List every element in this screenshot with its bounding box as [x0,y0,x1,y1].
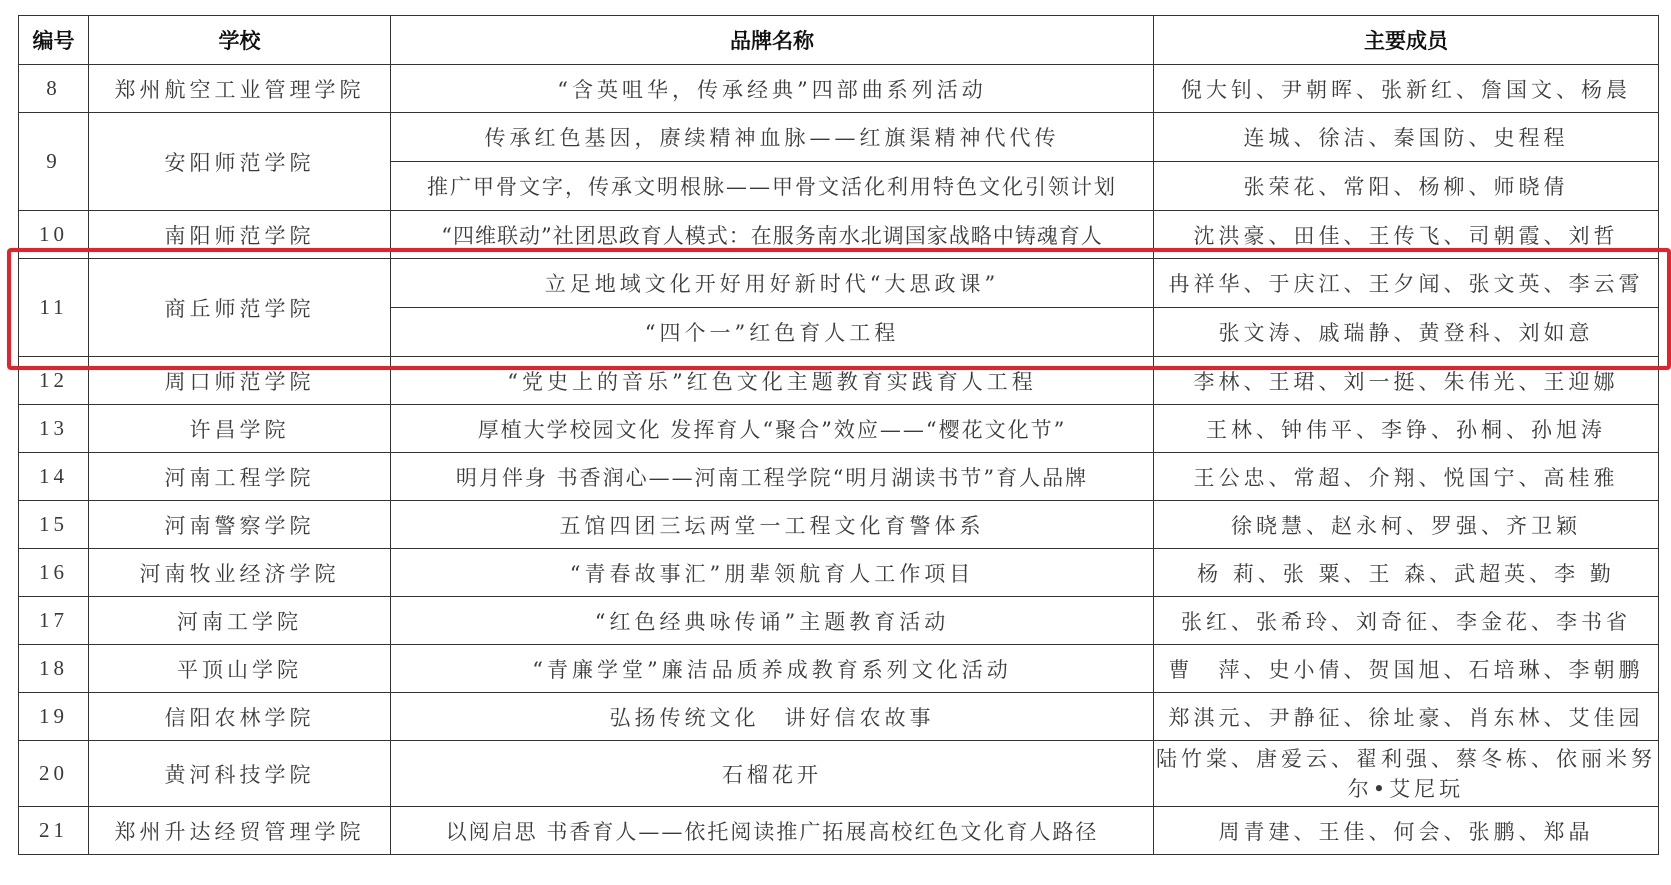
school-name: 郑州升达经贸管理学院 [89,807,391,855]
brand-name: 弘扬传统文化 讲好信农故事 [391,693,1154,741]
member-list: 陆竹棠、唐爱云、翟利强、蔡冬栋、依丽米努尔•艾尼玩 [1154,741,1659,807]
header-school: 学校 [89,16,391,65]
table-row: 9 安阳师范学院 传承红色基因，赓续精神血脉——红旗渠精神代代传 连城、徐洁、秦… [19,113,1659,162]
member-list: 冉祥华、于庆江、王夕闻、张文英、李云霄 [1154,259,1659,308]
school-name: 郑州航空工业管理学院 [89,65,391,113]
row-number: 9 [19,113,89,211]
table-row: 12 周口师范学院 “党史上的音乐”红色文化主题教育实践育人工程 李林、王珺、刘… [19,357,1659,405]
table-row: 18 平顶山学院 “青廉学堂”廉洁品质养成教育系列文化活动 曹 萍、史小倩、贺国… [19,645,1659,693]
member-list: 李林、王珺、刘一挺、朱伟光、王迎娜 [1154,357,1659,405]
school-name: 平顶山学院 [89,645,391,693]
row-number: 15 [19,501,89,549]
brand-name: 明月伴身 书香润心——河南工程学院“明月湖读书节”育人品牌 [391,453,1154,501]
member-list: 曹 萍、史小倩、贺国旭、石培琳、李朝鹏 [1154,645,1659,693]
member-list: 徐晓慧、赵永柯、罗强、齐卫颖 [1154,501,1659,549]
brand-name: 传承红色基因，赓续精神血脉——红旗渠精神代代传 [391,113,1154,162]
member-list: 连城、徐洁、秦国防、史程程 [1154,113,1659,162]
school-name: 河南工程学院 [89,453,391,501]
brand-name: “党史上的音乐”红色文化主题教育实践育人工程 [391,357,1154,405]
table-header-row: 编号 学校 品牌名称 主要成员 [19,16,1659,65]
brand-name: “青春故事汇”朋辈领航育人工作项目 [391,549,1154,597]
table-row: 20 黄河科技学院 石榴花开 陆竹棠、唐爱云、翟利强、蔡冬栋、依丽米努尔•艾尼玩 [19,741,1659,807]
school-name: 河南工学院 [89,597,391,645]
member-list: 沈洪豪、田佳、王传飞、司朝霞、刘哲 [1154,211,1659,259]
table-row: 8 郑州航空工业管理学院 “含英咀华，传承经典”四部曲系列活动 倪大钊、尹朝晖、… [19,65,1659,113]
brand-table: 编号 学校 品牌名称 主要成员 8 郑州航空工业管理学院 “含英咀华，传承经典”… [18,15,1659,855]
brand-name: 推广甲骨文字，传承文明根脉——甲骨文活化利用特色文化引领计划 [391,162,1154,211]
brand-name: 厚植大学校园文化 发挥育人“聚合”效应——“樱花文化节” [391,405,1154,453]
table-row: 21 郑州升达经贸管理学院 以阅启思 书香育人——依托阅读推广拓展高校红色文化育… [19,807,1659,855]
table-row: 10 南阳师范学院 “四维联动”社团思政育人模式：在服务南水北调国家战略中铸魂育… [19,211,1659,259]
table-row-highlighted: 11 商丘师范学院 立足地域文化开好用好新时代“大思政课” 冉祥华、于庆江、王夕… [19,259,1659,308]
table-row: 19 信阳农林学院 弘扬传统文化 讲好信农故事 郑淇元、尹静征、徐址豪、肖东林、… [19,693,1659,741]
school-name: 周口师范学院 [89,357,391,405]
brand-name: “含英咀华，传承经典”四部曲系列活动 [391,65,1154,113]
member-list: 张文涛、戚瑞静、黄登科、刘如意 [1154,308,1659,357]
member-list: 张荣花、常阳、杨柳、师晓倩 [1154,162,1659,211]
school-name: 河南警察学院 [89,501,391,549]
member-list: 张红、张希玲、刘奇征、李金花、李书省 [1154,597,1659,645]
row-number: 17 [19,597,89,645]
row-number: 14 [19,453,89,501]
table-row: 17 河南工学院 “红色经典咏传诵”主题教育活动 张红、张希玲、刘奇征、李金花、… [19,597,1659,645]
school-name: 南阳师范学院 [89,211,391,259]
brand-name: “红色经典咏传诵”主题教育活动 [391,597,1154,645]
brand-name: “四个一”红色育人工程 [391,308,1154,357]
member-list: 王公忠、常超、介翔、悦国宁、高桂雅 [1154,453,1659,501]
row-number: 18 [19,645,89,693]
table-row: 13 许昌学院 厚植大学校园文化 发挥育人“聚合”效应——“樱花文化节” 王林、… [19,405,1659,453]
school-name: 安阳师范学院 [89,113,391,211]
row-number: 16 [19,549,89,597]
row-number: 11 [19,259,89,357]
school-name: 黄河科技学院 [89,741,391,807]
brand-name: 立足地域文化开好用好新时代“大思政课” [391,259,1154,308]
row-number: 21 [19,807,89,855]
member-list: 杨 莉、张 粟、王 森、武超英、李 勤 [1154,549,1659,597]
brand-name: “青廉学堂”廉洁品质养成教育系列文化活动 [391,645,1154,693]
table-row: 15 河南警察学院 五馆四团三坛两堂一工程文化育警体系 徐晓慧、赵永柯、罗强、齐… [19,501,1659,549]
brand-name: 以阅启思 书香育人——依托阅读推广拓展高校红色文化育人路径 [391,807,1154,855]
row-number: 20 [19,741,89,807]
header-brand: 品牌名称 [391,16,1154,65]
row-number: 12 [19,357,89,405]
row-number: 8 [19,65,89,113]
school-name: 商丘师范学院 [89,259,391,357]
member-list: 倪大钊、尹朝晖、张新红、詹国文、杨晨 [1154,65,1659,113]
table-row: 14 河南工程学院 明月伴身 书香润心——河南工程学院“明月湖读书节”育人品牌 … [19,453,1659,501]
row-number: 13 [19,405,89,453]
school-name: 许昌学院 [89,405,391,453]
school-name: 信阳农林学院 [89,693,391,741]
header-members: 主要成员 [1154,16,1659,65]
member-list: 王林、钟伟平、李铮、孙桐、孙旭涛 [1154,405,1659,453]
brand-name: “四维联动”社团思政育人模式：在服务南水北调国家战略中铸魂育人 [391,211,1154,259]
header-number: 编号 [19,16,89,65]
brand-name: 五馆四团三坛两堂一工程文化育警体系 [391,501,1154,549]
row-number: 19 [19,693,89,741]
member-list: 郑淇元、尹静征、徐址豪、肖东林、艾佳园 [1154,693,1659,741]
brand-name: 石榴花开 [391,741,1154,807]
row-number: 10 [19,211,89,259]
member-list: 周青建、王佳、何会、张鹏、郑晶 [1154,807,1659,855]
school-name: 河南牧业经济学院 [89,549,391,597]
table-row: 16 河南牧业经济学院 “青春故事汇”朋辈领航育人工作项目 杨 莉、张 粟、王 … [19,549,1659,597]
